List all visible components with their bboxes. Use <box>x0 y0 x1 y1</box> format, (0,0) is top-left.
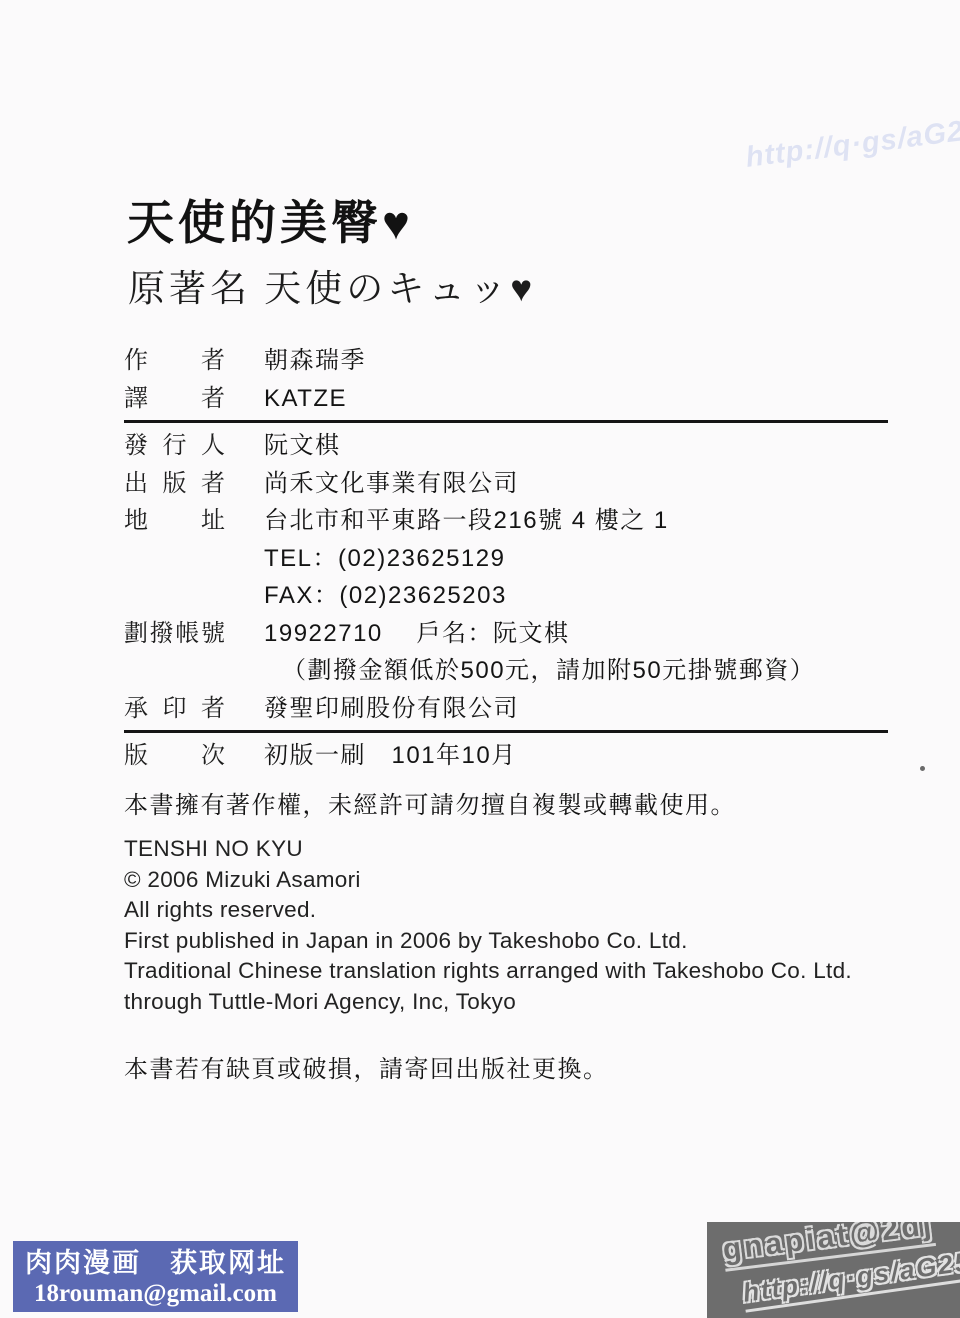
top-right-url-watermark: http://q·gs/aG25 <box>744 113 960 175</box>
row-value: 阮文棋 <box>264 427 341 465</box>
translation-rights-line: Traditional Chinese translation rights a… <box>124 956 852 987</box>
row-label: 出版者 <box>124 465 226 503</box>
colophon-row-address: 地址 台北市和平東路一段216號 4 樓之 1 <box>124 502 888 540</box>
row-value: 發聖印刷股份有限公司 <box>264 690 519 728</box>
divider <box>124 730 888 733</box>
row-value: 台北市和平東路一段216號 4 樓之 1 <box>264 502 669 540</box>
row-label <box>124 540 226 578</box>
row-value: KATZE <box>264 380 347 418</box>
row-value: （劃撥金額低於500元，請加附50元掛號郵資） <box>264 652 815 690</box>
colophon-row-translator: 譯者 KATZE <box>124 380 888 418</box>
colophon-row-postal-note: （劃撥金額低於500元，請加附50元掛號郵資） <box>124 652 888 690</box>
colophon-row-printer: 承印者 發聖印刷股份有限公司 <box>124 690 888 728</box>
colophon-row-publishing-house: 出版者 尚禾文化事業有限公司 <box>124 465 888 503</box>
original-title: 原著名 天使のキュッ♥ <box>128 258 536 312</box>
row-value: 朝森瑞季 <box>264 342 366 380</box>
copyright-line: © 2006 Mizuki Asamori <box>124 865 852 896</box>
agency-line: through Tuttle-Mori Agency, Inc, Tokyo <box>124 987 852 1018</box>
scanlator-watermark-box: gnapiat@2dj http://q·gs/aG25 <box>707 1222 960 1318</box>
row-value: TEL：(02)23625129 <box>264 540 505 578</box>
row-label: 作者 <box>124 342 226 380</box>
row-value: 19922710 戶名：阮文棋 <box>264 615 569 653</box>
first-published-line: First published in Japan in 2006 by Take… <box>124 926 852 957</box>
return-note: 本書若有缺頁或破損，請寄回出版社更換。 <box>124 1049 609 1084</box>
site-badge: 肉肉漫画 获取网址 18rouman@gmail.com <box>13 1241 298 1312</box>
rights-line: All rights reserved. <box>124 895 852 926</box>
colophon-row-edition: 版次 初版一刷 101年10月 <box>124 737 888 775</box>
row-value: FAX：(02)23625203 <box>264 577 507 615</box>
row-label <box>124 652 226 690</box>
row-label: 承印者 <box>124 690 226 728</box>
copyright-notice: 本書擁有著作權，未經許可請勿擅自複製或轉載使用。 <box>124 789 852 823</box>
colophon-row-postal-account: 劃撥帳號 19922710 戶名：阮文棋 <box>124 615 888 653</box>
row-label: 版次 <box>124 737 226 775</box>
site-badge-email: 18rouman@gmail.com <box>13 1279 298 1309</box>
colophon-row-author: 作者 朝森瑞季 <box>124 342 888 380</box>
row-value: 尚禾文化事業有限公司 <box>264 465 519 503</box>
row-label <box>124 577 226 615</box>
row-value: 初版一刷 101年10月 <box>264 737 517 775</box>
page-title: 天使的美臀♥ <box>127 186 414 253</box>
colophon-table: 作者 朝森瑞季 譯者 KATZE 發行人 阮文棋 出版者 尚禾文化事業有限公司 … <box>124 342 888 775</box>
ink-dot <box>920 766 925 771</box>
colophon-row-fax: FAX：(02)23625203 <box>124 577 888 615</box>
row-label: 譯者 <box>124 380 226 418</box>
romaji-title: TENSHI NO KYU <box>124 834 852 865</box>
copyright-block: 本書擁有著作權，未經許可請勿擅自複製或轉載使用。 TENSHI NO KYU ©… <box>124 789 852 1017</box>
row-label: 發行人 <box>124 427 226 465</box>
colophon-row-tel: TEL：(02)23625129 <box>124 540 888 578</box>
row-label: 劃撥帳號 <box>124 615 226 653</box>
colophon-row-publisher-person: 發行人 阮文棋 <box>124 427 888 465</box>
row-label: 地址 <box>124 502 226 540</box>
site-badge-name: 肉肉漫画 获取网址 <box>13 1247 298 1279</box>
divider <box>124 420 888 423</box>
